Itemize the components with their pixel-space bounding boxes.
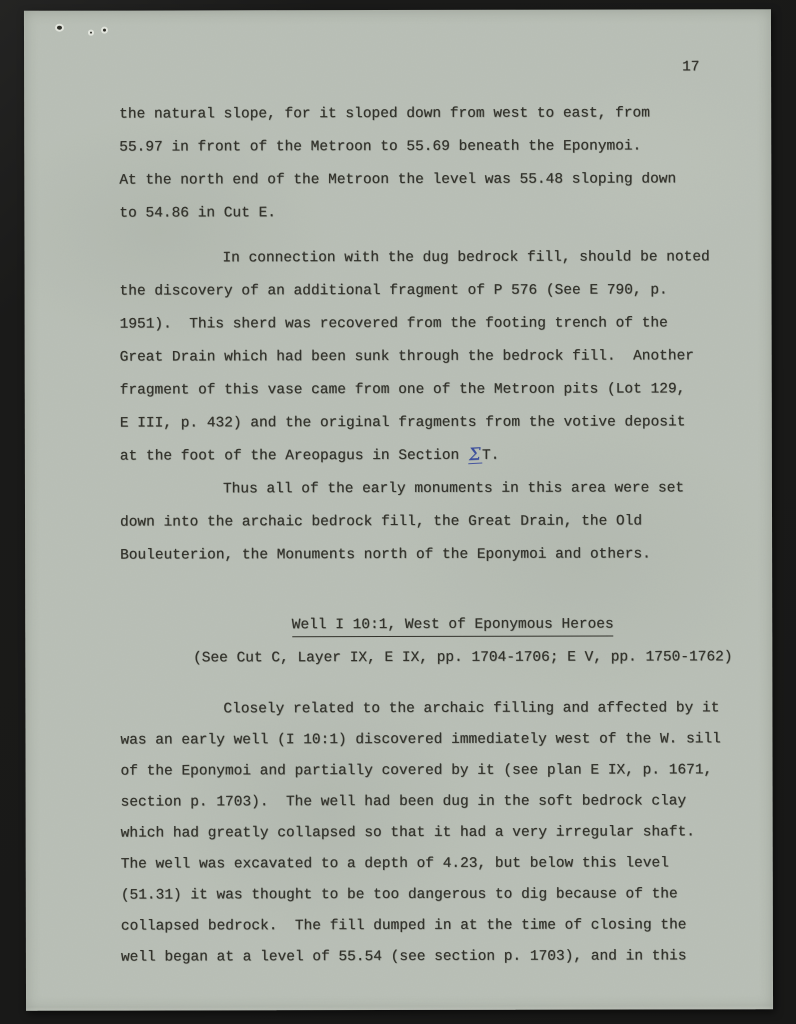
text-line: (51.31) it was thought to be too dangero…	[121, 879, 746, 911]
text-line: the natural slope, for it sloped down fr…	[119, 97, 744, 131]
text-line: down into the archaic bedrock fill, the …	[120, 505, 745, 539]
text-line: The well was excavated to a depth of 4.2…	[121, 848, 746, 880]
text-line: collapsed bedrock. The fill dumped in at…	[121, 910, 746, 942]
paragraph-early-monuments: Thus all of the early monuments in this …	[120, 472, 745, 572]
text-line: the discovery of an additional fragment …	[120, 274, 745, 308]
text-line: Bouleuterion, the Monuments north of the…	[120, 538, 745, 572]
text-line: E III, p. 432) and the original fragment…	[120, 406, 745, 440]
text-segment: T.	[482, 448, 499, 464]
text-line: Great Drain which had been sunk through …	[120, 340, 745, 374]
paragraph-bedrock-fill: In connection with the dug bedrock fill,…	[119, 241, 744, 473]
text-line: of the Eponymoi and partially covered by…	[121, 755, 746, 787]
handwritten-sigma-annotation: Σ	[468, 447, 483, 464]
ink-speck	[90, 32, 92, 34]
text-line: well began at a level of 55.54 (see sect…	[121, 941, 746, 973]
text-line: In connection with the dug bedrock fill,…	[119, 241, 744, 275]
text-line: 1951). This sherd was recovered from the…	[120, 307, 745, 341]
text-line: section p. 1703). The well had been dug …	[121, 786, 746, 818]
section-subheading: (See Cut C, Layer IX, E IX, pp. 1704-170…	[120, 649, 775, 666]
text-line: Thus all of the early monuments in this …	[120, 472, 745, 506]
paragraph-well-description: Closely related to the archaic filling a…	[120, 693, 746, 973]
scan-background: 17 the natural slope, for it sloped down…	[0, 0, 796, 1024]
text-line: 55.97 in front of the Metroon to 55.69 b…	[119, 130, 744, 164]
text-line: which had greatly collapsed so that it h…	[121, 817, 746, 849]
document-page: 17 the natural slope, for it sloped down…	[24, 9, 773, 1011]
paragraph-natural-slope: the natural slope, for it sloped down fr…	[119, 97, 744, 230]
ink-speck	[103, 29, 106, 32]
text-line-with-annotation: at the foot of the Areopagus in Section …	[120, 439, 745, 473]
text-segment: at the foot of the Areopagus in Section	[120, 448, 468, 465]
text-line: was an early well (I 10:1) discovered im…	[120, 724, 745, 756]
section-heading-block: Well I 10:1, West of Eponymous Heroes	[120, 616, 745, 633]
text-line: At the north end of the Metroon the leve…	[119, 163, 744, 197]
ink-speck	[57, 26, 62, 30]
text-line: Closely related to the archaic filling a…	[120, 693, 745, 725]
page-number: 17	[682, 59, 699, 75]
text-line: fragment of this vase came from one of t…	[120, 373, 745, 407]
section-heading: Well I 10:1, West of Eponymous Heroes	[292, 617, 614, 638]
text-line: to 54.86 in Cut E.	[119, 196, 744, 230]
